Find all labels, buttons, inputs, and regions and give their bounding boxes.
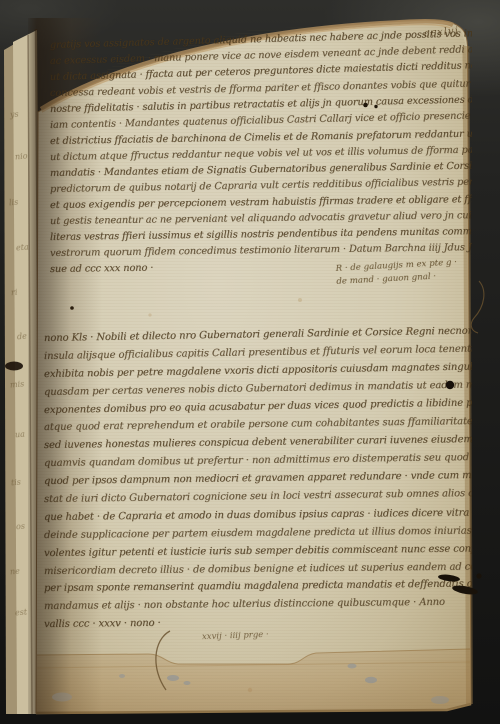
foxing-spot [148,313,151,316]
blue-mold-stain [119,674,125,678]
blue-mold-stain [431,696,449,704]
ink-dot [70,306,74,310]
ink-dot [363,103,368,108]
pen-flourish-bracket [156,631,170,690]
blue-mold-stain [348,664,357,669]
blue-mold-stain [52,693,72,702]
manuscript-photograph: ys nio lis eta ri de mis ua tis os ne es… [0,0,500,724]
ink-blot [446,381,454,389]
manuscript-photo-page: html,body{margin:0;padding:0;background:… [0,0,500,724]
ink-dot [374,105,377,108]
ink-blot [452,584,479,596]
foxing-spot [298,298,302,302]
blemish-overlay [0,0,500,724]
margin-flourish [471,281,484,333]
foxing-spot [408,328,412,332]
foxing-spot [248,688,252,692]
ink-blot [438,573,461,582]
ink-blot [476,573,481,578]
photo-backdrop: { "manuscript": { "folio_number": "ccxlv… [0,0,500,724]
blue-mold-stain [365,677,377,683]
blue-mold-stain [167,675,179,681]
blue-mold-stain [184,681,191,685]
ink-smudge-gutter [5,362,23,371]
